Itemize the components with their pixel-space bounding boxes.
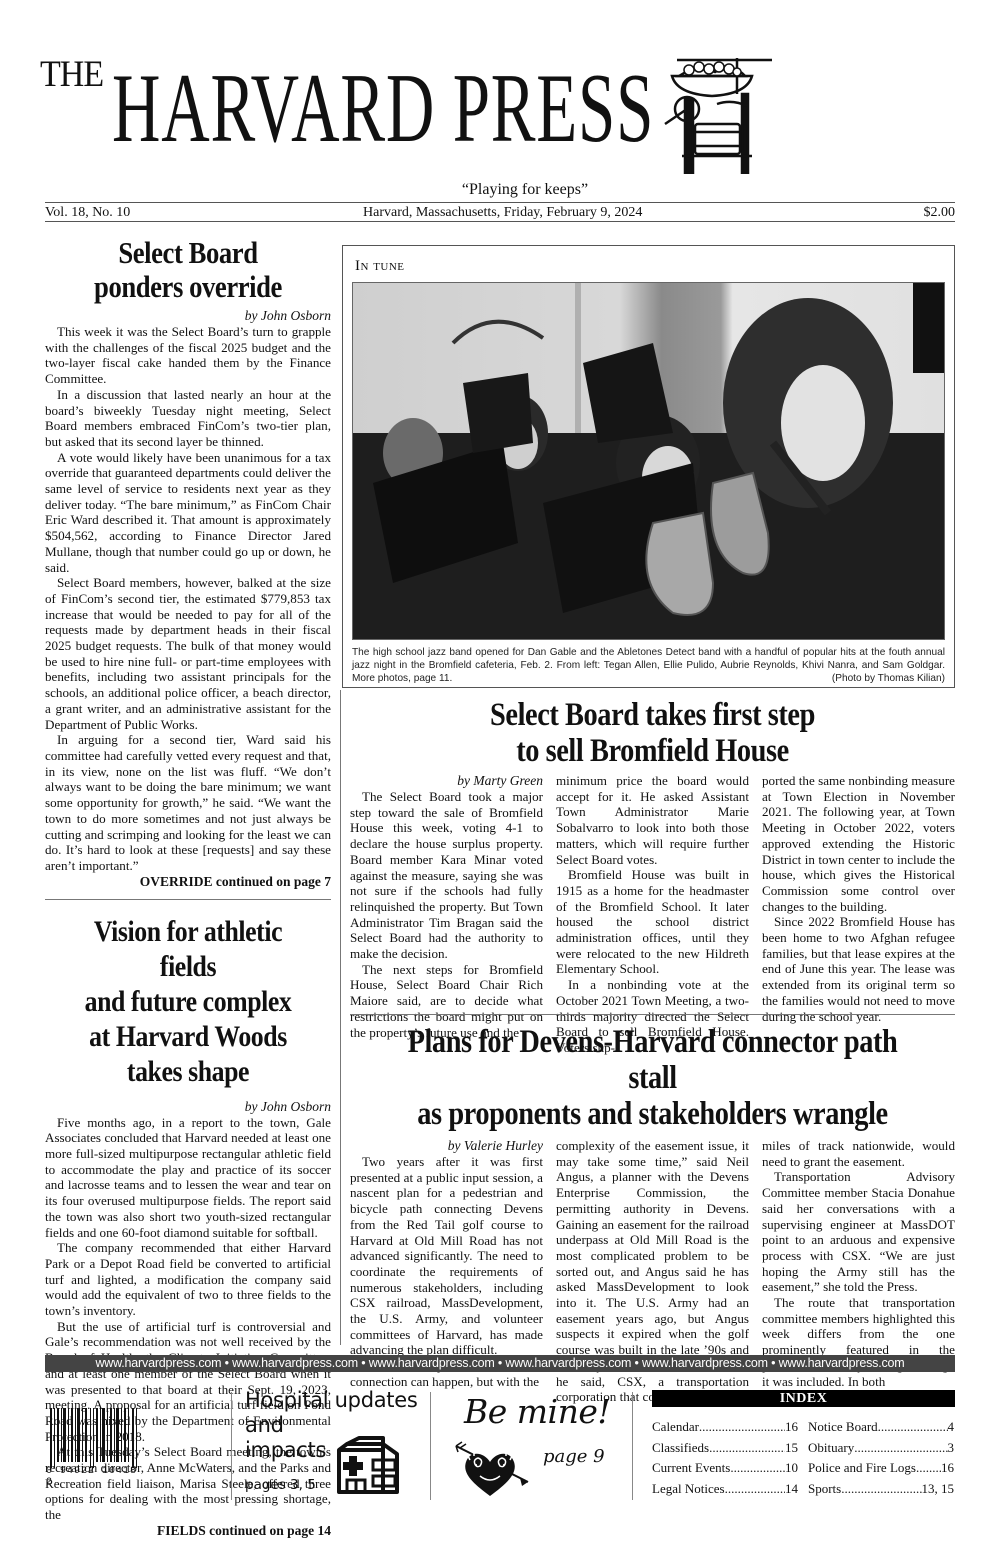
jump-line-override[interactable]: OVERRIDE continued on page 7 <box>45 874 331 890</box>
teaser-pages: pages 3, 5 <box>245 1477 316 1493</box>
leader-dots <box>854 1440 947 1457</box>
byline: by Valerie Hurley <box>350 1138 543 1154</box>
dateline-bar: Vol. 18, No. 10 Harvard, Massachusetts, … <box>45 202 955 222</box>
index-page: 13, 15 <box>922 1481 955 1498</box>
index-page: 3 <box>948 1440 955 1457</box>
dateline: Harvard, Massachusetts, Friday, February… <box>363 205 642 221</box>
teaser-title-line: Hospital updates <box>245 1388 418 1412</box>
paragraph: ported the same nonbinding measure at To… <box>762 773 955 914</box>
headline-line: takes shape <box>127 1055 249 1088</box>
paragraph: The Select Board took a major step towar… <box>350 789 543 962</box>
barcode-digits: 0 94922 10418 2 <box>46 1466 146 1488</box>
headline-fields[interactable]: Vision for athletic fields and future co… <box>65 914 311 1089</box>
leader-dots <box>725 1481 785 1498</box>
headline-line: and future complex <box>85 985 292 1018</box>
index-item-calendar[interactable]: Calendar16 <box>652 1419 798 1436</box>
headline-line: Plans for Devens-Harvard connector path … <box>408 1024 898 1096</box>
index-label: Notice Board <box>808 1419 878 1436</box>
teaser-title: Be mine! <box>464 1392 610 1431</box>
hospital-icon <box>333 1432 405 1494</box>
paragraph: In arguing for a second tier, Ward said … <box>45 732 331 873</box>
index-label: Current Events <box>652 1460 730 1477</box>
index-page: 4 <box>948 1419 955 1436</box>
paragraph: A vote would likely have been unanimous … <box>45 450 331 576</box>
headline-line: Select Board <box>118 235 257 270</box>
paragraph: minimum price the board would accept for… <box>556 773 749 867</box>
byline: by Marty Green <box>350 773 543 789</box>
index-item-notice-board[interactable]: Notice Board4 <box>808 1419 954 1436</box>
index-label: Calendar <box>652 1419 699 1436</box>
paragraph: Select Board members, however, balked at… <box>45 575 331 732</box>
index-item-legal-notices[interactable]: Legal Notices14 <box>652 1481 798 1498</box>
index-page: 15 <box>785 1440 798 1457</box>
headline-line: to sell Bromfield House <box>516 733 789 769</box>
nameplate: THE HARVARD PRESS <box>40 50 740 180</box>
byline: by John Osborn <box>45 1099 331 1115</box>
headline-line: Vision for athletic fields <box>94 915 282 983</box>
divider <box>45 899 331 900</box>
paragraph: Five months ago, in a report to the town… <box>45 1115 331 1241</box>
paragraph: The route that transportation committee … <box>762 1295 955 1389</box>
paragraph: Since 2022 Bromfield House has been home… <box>762 914 955 1024</box>
index-page: 14 <box>785 1481 798 1498</box>
headline-override[interactable]: Select Board ponders override <box>65 236 311 304</box>
paragraph: The company recommended that either Harv… <box>45 1240 331 1319</box>
price: $2.00 <box>924 205 956 221</box>
volume-number: Vol. 18, No. 10 <box>45 205 130 221</box>
index-label: Sports <box>808 1481 841 1498</box>
paragraph: In a discussion that lasted nearly an ho… <box>45 387 331 450</box>
tagline: “Playing for keeps” <box>0 181 1000 199</box>
photo-image <box>353 283 945 640</box>
jump-line-fields[interactable]: FIELDS continued on page 14 <box>45 1523 331 1539</box>
index-label: Legal Notices <box>652 1481 725 1498</box>
byline: by John Osborn <box>45 308 331 324</box>
left-column: Select Board ponders override by John Os… <box>45 236 331 1539</box>
jazz-band-photo[interactable] <box>352 282 945 640</box>
story-override: Select Board ponders override by John Os… <box>45 236 331 890</box>
index-item-current-events[interactable]: Current Events10 <box>652 1460 798 1477</box>
barcode-icon <box>50 1408 140 1468</box>
story-body: This week it was the Select Board’s turn… <box>45 324 331 874</box>
index-item-sports[interactable]: Sports13, 15 <box>808 1481 954 1498</box>
index-item-obituary[interactable]: Obituary3 <box>808 1440 954 1457</box>
cider-press-icon <box>617 54 777 174</box>
index-label: Police and Fire Logs <box>808 1460 916 1477</box>
leader-dots <box>841 1481 921 1498</box>
teaser-title-line: impacts <box>245 1438 326 1462</box>
divider <box>350 1014 955 1015</box>
column-rule <box>340 690 341 1345</box>
story-path: Plans for Devens-Harvard connector path … <box>350 1024 955 1405</box>
leader-dots <box>878 1419 948 1436</box>
nameplate-title: HARVARD PRESS <box>112 50 654 165</box>
teaser-title-line: and <box>245 1413 284 1437</box>
leader-dots <box>709 1440 785 1457</box>
index-page: 10 <box>785 1460 798 1477</box>
photo-feature: In tune <box>342 245 955 688</box>
nameplate-the: THE <box>40 54 103 96</box>
headline-line: Select Board takes first step <box>490 697 815 733</box>
headline-bromfield[interactable]: Select Board takes first step to sell Br… <box>392 697 912 769</box>
divider <box>231 1392 232 1500</box>
divider <box>430 1392 431 1500</box>
paragraph: Transportation Advisory Committee member… <box>762 1169 955 1295</box>
headline-line: ponders override <box>94 269 282 304</box>
website-banner[interactable]: www.harvardpress.com • www.harvardpress.… <box>45 1355 955 1372</box>
photo-credit: (Photo by Thomas Kilian) <box>826 672 945 685</box>
index-list: Calendar16 Notice Board4 Classifieds15 O… <box>652 1419 955 1497</box>
leader-dots <box>699 1419 785 1436</box>
leader-dots <box>730 1460 785 1477</box>
index: INDEX Calendar16 Notice Board4 Classifie… <box>652 1390 955 1497</box>
index-label: Obituary <box>808 1440 854 1457</box>
index-title: INDEX <box>652 1390 955 1407</box>
photo-caption: The high school jazz band opened for Dan… <box>352 646 945 685</box>
paragraph: This week it was the Select Board’s turn… <box>45 324 331 387</box>
index-label: Classifieds <box>652 1440 709 1457</box>
photo-kicker: In tune <box>355 258 405 275</box>
divider <box>632 1392 633 1500</box>
story-bromfield: Select Board takes first step to sell Br… <box>350 697 955 1056</box>
paragraph: Bromfield House was built in 1915 as a h… <box>556 867 749 977</box>
index-item-classifieds[interactable]: Classifieds15 <box>652 1440 798 1457</box>
paragraph: Two years after it was first presented a… <box>350 1154 543 1358</box>
teaser-pages: page 9 <box>543 1446 605 1467</box>
paragraph: miles of track nationwide, would need to… <box>762 1138 955 1169</box>
headline-path[interactable]: Plans for Devens-Harvard connector path … <box>392 1024 912 1132</box>
index-page: 16 <box>941 1460 954 1477</box>
teaser-hospital[interactable]: Hospital updates and impacts pages 3, 5 <box>245 1388 430 1503</box>
index-item-police-fire-logs[interactable]: Police and Fire Logs16 <box>808 1460 954 1477</box>
heart-arrow-icon <box>454 1440 530 1500</box>
headline-line: at Harvard Woods <box>89 1020 287 1053</box>
index-page: 16 <box>785 1419 798 1436</box>
headline-line: as proponents and stakeholders wrangle <box>417 1096 887 1132</box>
leader-dots <box>916 1460 941 1477</box>
teaser-valentine[interactable]: Be mine! page 9 <box>440 1390 630 1505</box>
